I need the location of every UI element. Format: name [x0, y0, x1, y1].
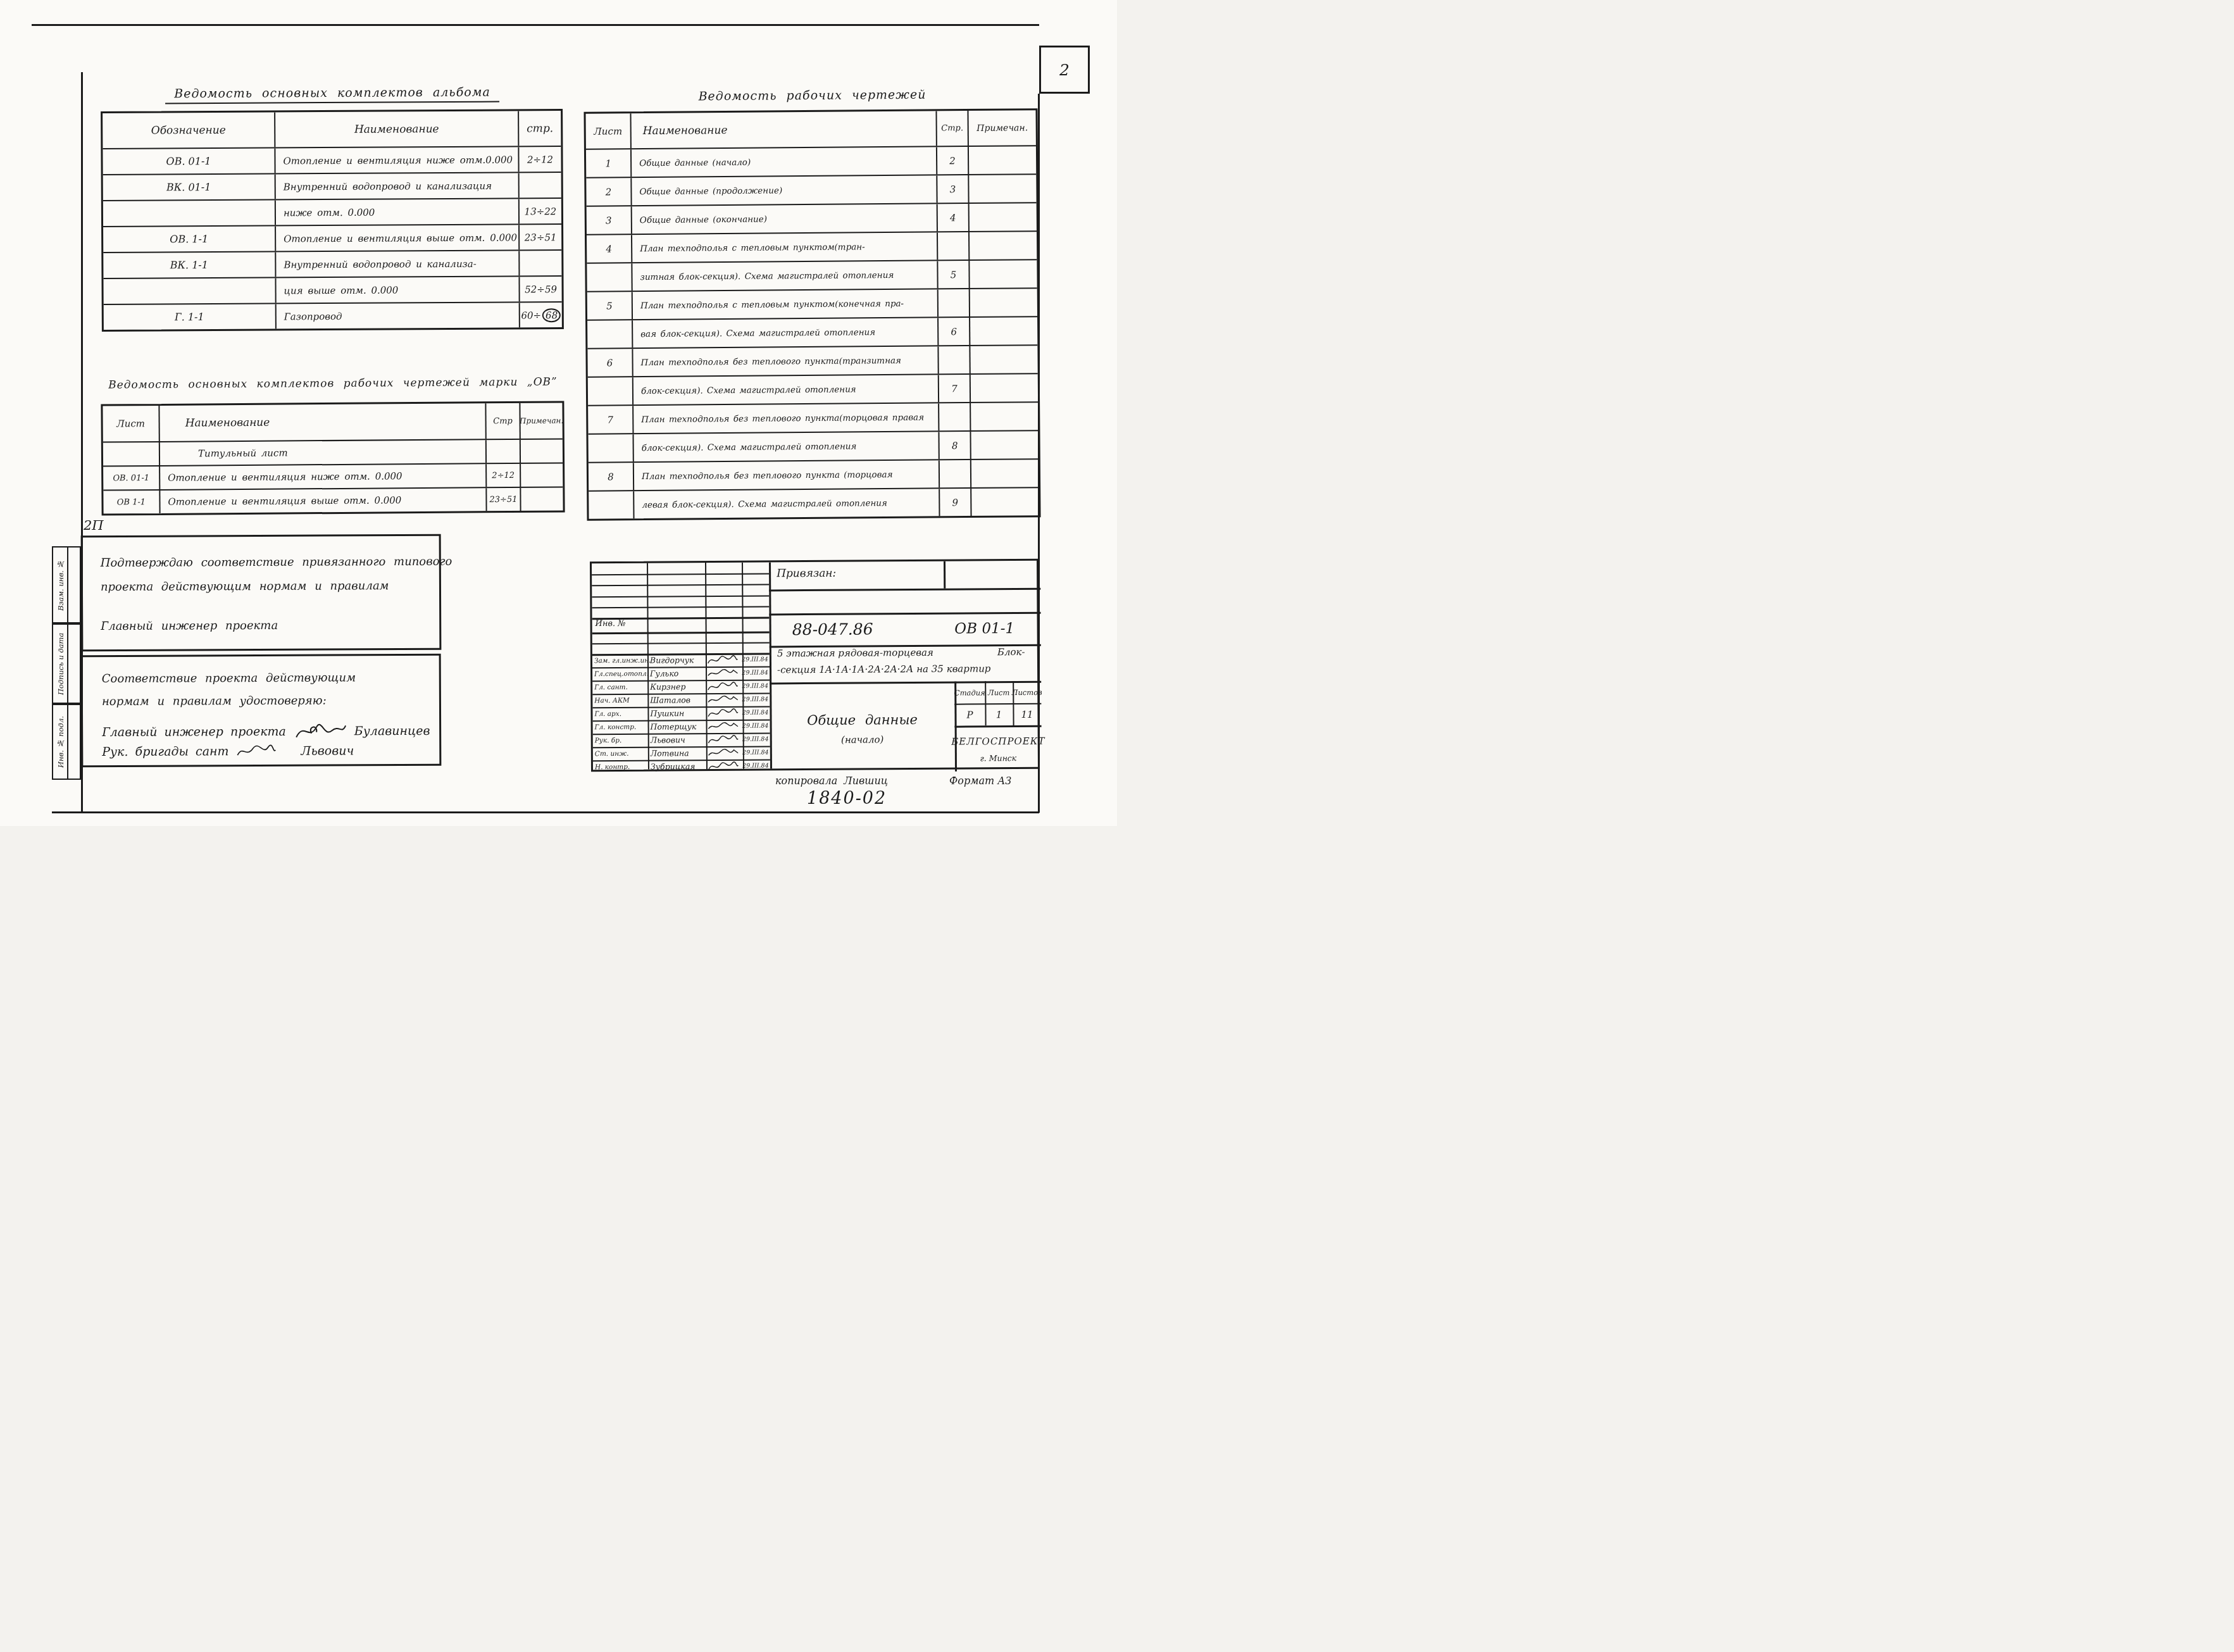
- cell-designation: Г. 1-1: [104, 304, 275, 329]
- cell-name: План техподполья без теплового пункта (т…: [633, 460, 939, 490]
- signature-row: Н. контр. Зубрицкая 29.III.84: [593, 759, 770, 773]
- cell-page: 9: [939, 489, 970, 516]
- signer-name: Зубрицкая: [651, 760, 705, 773]
- cell-sheet: 1: [586, 149, 630, 177]
- title-block: Инв. № Зам. гл.инж.ин. Вигдорчук 29.III.…: [590, 559, 1040, 772]
- signer-name: Шаталов: [650, 693, 704, 707]
- cell-name: Отопление и вентиляция ниже отм. 0.000: [159, 464, 485, 489]
- cell-sheet: 3: [587, 206, 631, 234]
- album-table: Обозначение Наименование стр. ОВ. 01-1 О…: [101, 109, 564, 332]
- cell-page: 8: [938, 432, 970, 459]
- cell-designation: ОВ. 1-1: [103, 226, 275, 251]
- cell-sheet: [587, 263, 631, 291]
- table-row: ниже отм. 0.000 13÷22: [103, 197, 561, 226]
- signer-name: Гулько: [650, 666, 704, 680]
- table-header-row: Обозначение Наименование стр.: [103, 111, 561, 148]
- signer-role: Рук. бригады сант: [102, 744, 228, 759]
- table-row: 4 План техподполья с тепловым пунктом(тр…: [587, 230, 1037, 263]
- cell-note: [970, 374, 1038, 402]
- document-code: ОВ 01-1: [937, 612, 1032, 645]
- grid-line: [944, 561, 945, 589]
- cell-page: [937, 346, 969, 373]
- signature-icon: [708, 760, 740, 773]
- cell-note: [968, 232, 1037, 260]
- signer-name: Булавинцев: [354, 724, 430, 739]
- cell-pages: 52÷59: [518, 277, 561, 301]
- note-label: 2П: [84, 518, 104, 533]
- cell-name: Внутренний водопровод и канализа-: [275, 251, 518, 277]
- signature-icon: [708, 746, 740, 760]
- cell-note: [969, 317, 1037, 345]
- signer-role: Гл. констр.: [595, 720, 648, 734]
- rail-label: Подпись и дата: [53, 625, 68, 703]
- signer-line: Главный инженер проекта Булавинцев: [102, 720, 430, 743]
- cell-page: [938, 403, 970, 430]
- table-row: ОВ. 01-1 Отопление и вентиляция ниже отм…: [103, 462, 563, 489]
- cell-pages: 2÷12: [485, 464, 520, 487]
- cell-page: 3: [936, 175, 968, 203]
- cell-note: [970, 431, 1038, 459]
- table-row: 3 Общие данные (окончание) 4: [587, 202, 1037, 234]
- inventory-number-label: Инв. №: [596, 619, 626, 629]
- cell-designation: ВК. 01-1: [103, 174, 275, 199]
- signature-icon: [707, 666, 740, 680]
- cell-name: Отопление и вентиляция выше отм. 0.000: [275, 225, 518, 251]
- cell-page: [939, 460, 970, 487]
- cell-sheet: 2: [586, 178, 630, 206]
- cell-sheet: 5: [587, 292, 632, 320]
- col-header: Стр: [485, 403, 519, 439]
- cell-name: План техподполья с тепловым пунктом(тран…: [631, 232, 937, 262]
- cell-page: 7: [938, 375, 970, 402]
- pages-prefix: 60÷: [521, 310, 541, 321]
- rail-label: Инв. № подл.: [53, 705, 68, 779]
- note-role: Главный инженер проекта: [101, 619, 278, 633]
- project-code: 88-047.86: [782, 613, 883, 646]
- col-header: Примечан.: [967, 110, 1035, 146]
- col-header: Наименование: [274, 111, 518, 147]
- signature-date: 29.III.84: [742, 719, 769, 732]
- copied-by-note: копировала Лившиц: [775, 775, 888, 787]
- table-row: 2 Общие данные (продолжение) 3: [586, 173, 1036, 206]
- signature-date: 29.III.84: [742, 746, 769, 759]
- cell-sheet: 7: [588, 406, 632, 434]
- signer-role: Зам. гл.инж.ин.: [594, 654, 647, 668]
- table-row: ОВ. 1-1 Отопление и вентиляция выше отм.…: [103, 223, 561, 252]
- cell-note: [970, 403, 1038, 430]
- cell-note: [520, 439, 563, 462]
- rail-cell: Инв. № подл.: [52, 704, 81, 780]
- cell-designation: ОВ. 01-1: [103, 148, 274, 173]
- table-row: Г. 1-1 Газопровод 60÷68: [104, 301, 562, 330]
- working-drawings-table: Лист Наименование Стр. Примечан. 1 Общие…: [583, 108, 1040, 521]
- signer-name: Пушкин: [650, 706, 704, 720]
- cell-pages: 2÷12: [518, 147, 561, 172]
- cell-page: [937, 232, 968, 260]
- signature-icon: [707, 706, 740, 720]
- signature-icon: [707, 680, 740, 693]
- object-description: -секция 1А·1А·1А·2А·2А·2А на 35 квартир: [777, 663, 990, 675]
- sheet-header: Лист: [985, 681, 1013, 703]
- page-number-box: 2: [1039, 46, 1090, 94]
- cell-name: ция выше отм. 0.000: [275, 277, 518, 303]
- signature-icon: [707, 693, 740, 706]
- cell-page: [937, 289, 969, 316]
- cell-note: [520, 487, 563, 510]
- cell-pages: 23÷51: [485, 488, 520, 511]
- col-header: Стр.: [935, 111, 967, 146]
- table-row: Титульный лист: [103, 438, 563, 465]
- signer-role: Н. контр.: [595, 760, 648, 774]
- signature-row: Нач. АКМ Шаталов 29.III.84: [592, 692, 770, 707]
- sheets-header: Листов: [1013, 681, 1041, 703]
- cell-note: [520, 463, 563, 486]
- table-row: блок-секция). Схема магистралей отоплени…: [588, 430, 1038, 462]
- frame-bottom-line: [52, 811, 1039, 813]
- table-row: зитная блок-секция). Схема магистралей о…: [587, 259, 1037, 291]
- cell-note: [969, 289, 1037, 316]
- cell-designation: ОВ. 01-1: [103, 466, 159, 490]
- ov-table: Лист Наименование Стр Примечан. Титульны…: [101, 401, 565, 515]
- signature-icon: [708, 733, 740, 746]
- certification-note-box: Соответствие проекта действующим нормам …: [81, 654, 442, 767]
- note-text: проекта действующим нормам и правилам: [101, 579, 389, 594]
- cell-page: 6: [937, 318, 969, 345]
- signer-role: Нач. АКМ: [594, 694, 647, 708]
- table-row: ОВ. 01-1 Отопление и вентиляция ниже отм…: [103, 146, 561, 174]
- cell-designation: [103, 278, 275, 303]
- note-text: Подтверждаю соответствие привязанного ти…: [101, 555, 452, 570]
- col-header: Лист: [103, 406, 158, 442]
- signature-date: 29.III.84: [742, 679, 768, 692]
- circled-page-number: 68: [542, 308, 561, 322]
- cell-sheet: [589, 491, 633, 519]
- cell-name: Общие данные (продолжение): [630, 175, 936, 205]
- sheet-value: 1: [985, 703, 1013, 725]
- cell-sheet: [588, 377, 632, 405]
- signature-icon: [708, 720, 740, 733]
- cell-note: [968, 146, 1036, 174]
- cell-name: Общие данные (окончание): [631, 204, 937, 234]
- signature-row: Гл. арх. Пушкин 29.III.84: [592, 706, 770, 720]
- sheet-title: Общие данные: [770, 707, 954, 734]
- table-row: ция выше отм. 0.000 52÷59: [103, 275, 561, 304]
- album-table-title: Ведомость основных комплектов альбома: [108, 85, 557, 104]
- object-description: Блок-: [997, 646, 1025, 658]
- signer-role: Гл.спец.отопл.: [594, 667, 647, 681]
- cell-designation: [103, 442, 159, 466]
- cell-pages: 60÷68: [519, 303, 562, 327]
- cell-name: зитная блок-секция). Схема магистралей о…: [631, 261, 937, 291]
- cell-name: План техподполья без теплового пункта(то…: [632, 403, 938, 433]
- signature-date: 29.III.84: [742, 759, 769, 772]
- table-row: 6 План техподполья без теплового пункта(…: [587, 344, 1037, 377]
- col-header: стр.: [518, 111, 561, 146]
- cell-name: Отопление и вентиляция выше отм. 0.000: [159, 488, 485, 513]
- ov-table-title: Ведомость основных комплектов рабочих че…: [95, 375, 571, 391]
- cell-note: [968, 175, 1036, 203]
- confirmation-note-box: Подтверждаю соответствие привязанного ти…: [81, 534, 442, 651]
- table-row: 5 План техподполья с тепловым пунктом(ко…: [587, 287, 1037, 320]
- signer-name: Вигдорчук: [650, 653, 704, 667]
- signer-name: Лотвина: [651, 746, 705, 760]
- grid-line: [769, 588, 1040, 591]
- col-header: Примечан.: [519, 403, 562, 438]
- stage-value: Р: [954, 703, 985, 725]
- cell-designation: [103, 200, 275, 225]
- signer-name: Львович: [301, 744, 354, 758]
- cell-name: левая блок-секция). Схема магистралей от…: [633, 489, 939, 518]
- signer-role: Главный инженер проекта: [102, 725, 286, 739]
- signature-row: Ст. инж. Лотвина 29.III.84: [593, 746, 770, 760]
- signer-role: Гл. арх.: [594, 707, 647, 721]
- signature-date: 29.III.84: [742, 653, 768, 666]
- cell-sheet: [588, 434, 632, 462]
- table-row: ВК. 01-1 Внутренний водопровод и канализ…: [103, 172, 561, 200]
- page-number: 2: [1059, 61, 1070, 79]
- col-header: Наименование: [158, 403, 485, 441]
- cell-name: Отопление и вентиляция ниже отм.0.000: [274, 147, 518, 173]
- drawing-sheet: 2 Ведомость основных комплектов альбома …: [0, 0, 1117, 826]
- cell-name: ниже отм. 0.000: [275, 199, 518, 225]
- cell-name: Внутренний водопровод и канализация: [275, 173, 518, 199]
- cell-name: Общие данные (начало): [630, 147, 936, 177]
- signer-line: Рук. бригады сант Львович: [102, 743, 354, 760]
- cell-name: Титульный лист: [159, 440, 485, 465]
- signature-icon: [235, 744, 277, 759]
- signature-date: 29.III.84: [742, 692, 768, 706]
- signer-role: Гл. сант.: [594, 680, 647, 694]
- table-row: ОВ 1-1 Отопление и вентиляция выше отм. …: [103, 486, 563, 513]
- cell-pages: [518, 173, 561, 197]
- cell-note: [968, 203, 1037, 231]
- cell-page: 5: [937, 261, 968, 288]
- cell-sheet: [587, 320, 632, 348]
- signer-name: Львович: [651, 733, 705, 747]
- signature-row: Гл. сант. Кирзнер 29.III.84: [592, 679, 770, 694]
- cell-name: План техподполья с тепловым пунктом(коне…: [632, 289, 937, 319]
- cell-page: 2: [936, 147, 968, 174]
- cell-designation: ВК. 1-1: [103, 252, 275, 277]
- col-header: Наименование: [630, 111, 935, 148]
- cell-note: [970, 488, 1039, 516]
- cell-note: [969, 346, 1037, 373]
- rail-label: Взам. инв. №: [53, 548, 68, 622]
- cell-name: блок-секция). Схема магистралей отоплени…: [632, 432, 938, 461]
- attached-label: Привязан:: [777, 567, 836, 580]
- sheets-value: 11: [1013, 703, 1041, 725]
- stage-header: Стадия: [954, 681, 985, 703]
- table-row: 1 Общие данные (начало) 2: [586, 145, 1036, 177]
- cell-sheet: 6: [587, 349, 632, 377]
- sheet-title-continued: (начало): [770, 731, 955, 749]
- col-header: Обозначение: [103, 112, 274, 147]
- signature-row: Зам. гл.инж.ин. Вигдорчук 29.III.84: [592, 653, 770, 667]
- table-row: 8 План техподполья без теплового пункта …: [589, 458, 1039, 491]
- stamp-number: 1840-02: [807, 789, 887, 808]
- table-row: ВК. 1-1 Внутренний водопровод и канализа…: [103, 249, 561, 278]
- signature-row: Гл.спец.отопл. Гулько 29.III.84: [592, 666, 770, 680]
- signer-name: Потерщук: [651, 720, 705, 734]
- format-note: Формат А3: [949, 775, 1012, 787]
- note-text: нормам и правилам удостоверяю:: [102, 694, 327, 709]
- signature-row: Гл. констр. Потерщук 29.III.84: [593, 719, 770, 734]
- signer-role: Рук. бр.: [595, 734, 648, 748]
- signer-role: Ст. инж.: [595, 747, 648, 761]
- signature-date: 29.III.84: [742, 706, 768, 719]
- signature-icon: [292, 720, 348, 742]
- table-header-row: Лист Наименование Стр. Примечан.: [585, 110, 1035, 149]
- note-text: Соответствие проекта действующим: [102, 671, 356, 685]
- cell-note: [970, 460, 1039, 487]
- cell-page: 4: [937, 204, 968, 231]
- cell-note: [968, 260, 1037, 288]
- rail-cell: Взам. инв. №: [52, 546, 81, 623]
- table-row: вая блок-секция). Схема магистралей отоп…: [587, 316, 1037, 348]
- organization-city: г. Минск: [955, 749, 1042, 767]
- signature-icon: [707, 653, 740, 666]
- cell-name: вая блок-секция). Схема магистралей отоп…: [632, 318, 937, 347]
- cell-pages: [485, 440, 520, 463]
- cell-pages: 23÷51: [518, 225, 561, 249]
- cell-designation: ОВ 1-1: [103, 491, 159, 514]
- table-row: блок-секция). Схема магистралей отоплени…: [588, 373, 1038, 405]
- table-row: левая блок-секция). Схема магистралей от…: [589, 487, 1039, 519]
- cell-pages: 13÷22: [518, 199, 561, 223]
- signature-row: Рук. бр. Львович 29.III.84: [593, 732, 770, 747]
- cell-name: План техподполья без теплового пункта(тр…: [632, 346, 937, 376]
- frame-top-line: [32, 24, 1039, 26]
- signer-name: Кирзнер: [650, 680, 704, 694]
- cell-pages: [518, 251, 561, 275]
- table-row: 7 План техподполья без теплового пункта(…: [588, 401, 1038, 434]
- signature-date: 29.III.84: [742, 666, 768, 679]
- cell-sheet: 4: [587, 235, 631, 263]
- work-table-title: Ведомость рабочих чертежей: [585, 87, 1039, 104]
- rail-cell: Подпись и дата: [52, 623, 81, 704]
- object-description: 5 этажная рядовая-торцевая: [777, 647, 933, 660]
- col-header: Лист: [585, 113, 630, 149]
- cell-sheet: 8: [589, 463, 633, 491]
- signature-date: 29.III.84: [742, 732, 769, 746]
- cell-name: Газопровод: [275, 303, 519, 329]
- cell-name: блок-секция). Схема магистралей отоплени…: [632, 375, 938, 404]
- table-header-row: Лист Наименование Стр Примечан.: [103, 403, 562, 441]
